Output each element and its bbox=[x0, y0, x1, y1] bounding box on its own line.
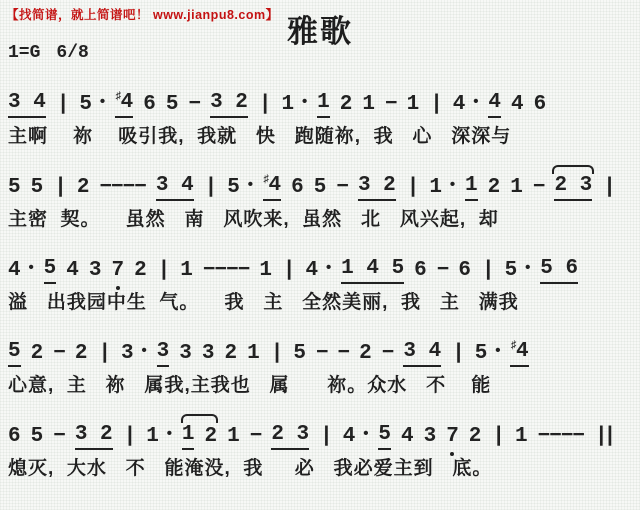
note-token: 1 bbox=[510, 177, 523, 201]
dash-token: − bbox=[336, 177, 348, 201]
duration-dot: • bbox=[98, 95, 107, 118]
note-token: 2 bbox=[359, 343, 372, 367]
note-token: 2 bbox=[225, 343, 238, 367]
barline: | bbox=[124, 426, 137, 450]
notation-row: 65−3 2|1•121−2 3|4•54372|1−−−−|| bbox=[8, 414, 636, 450]
barline: | bbox=[57, 94, 70, 118]
barline: | bbox=[271, 343, 284, 367]
note-token: 3 bbox=[157, 341, 170, 367]
note-token: 1 bbox=[259, 260, 272, 284]
note-token: 1 bbox=[182, 424, 195, 450]
note-token: 4 bbox=[453, 94, 466, 118]
notation-row: 52−2|3•33321|5−−2−3 4|5•♯4 bbox=[8, 331, 636, 367]
note-token: 3 bbox=[202, 343, 215, 367]
dash-token: − bbox=[437, 260, 449, 284]
barline: | bbox=[320, 426, 333, 450]
dash-token: − bbox=[316, 343, 328, 367]
dash-token: −−−− bbox=[99, 177, 145, 201]
note-token: 1 bbox=[227, 426, 240, 450]
note-token: 4 bbox=[8, 260, 21, 284]
dash-token: − bbox=[53, 343, 65, 367]
lyrics-row: 溢 出我园中生 气。 我 主 全然美丽, 我 主 满我 bbox=[8, 287, 636, 314]
duration-dot: • bbox=[300, 95, 309, 118]
note-token: 2 bbox=[31, 343, 44, 367]
note-token: 5 bbox=[8, 177, 21, 201]
note-token: 7 bbox=[446, 426, 459, 450]
score-line-5: 65−3 2|1•121−2 3|4•54372|1−−−−||熄灭, 大水 不… bbox=[8, 414, 636, 480]
note-token: 3 4 bbox=[403, 341, 441, 367]
note-token: 3 bbox=[179, 343, 192, 367]
slur-arc bbox=[181, 414, 218, 423]
duration-dot: • bbox=[361, 427, 370, 450]
key-signature: 1=G bbox=[8, 43, 40, 63]
note-token: 4 bbox=[343, 426, 356, 450]
note-token: 3 2 bbox=[75, 424, 113, 450]
dash-token: − bbox=[250, 426, 262, 450]
note-token: 1 bbox=[429, 177, 442, 201]
note-token: 2 3 bbox=[554, 175, 592, 201]
barline: | bbox=[283, 260, 296, 284]
note-token: 5 bbox=[314, 177, 327, 201]
note-token: 6 bbox=[414, 260, 427, 284]
barline: | bbox=[430, 94, 443, 118]
duration-dot: • bbox=[448, 178, 457, 201]
note-token: 7 bbox=[111, 260, 124, 284]
duration-dot: • bbox=[493, 344, 502, 367]
note-token: 6 bbox=[8, 426, 21, 450]
note-token: 6 bbox=[291, 177, 304, 201]
duration-dot: • bbox=[246, 178, 255, 201]
note-token: 3 4 bbox=[8, 92, 46, 118]
note-token: 1 bbox=[146, 426, 159, 450]
score-area: 3 4|5•♯465−3 2|1•121−1|4•446主啊 祢 吸引我, 我就… bbox=[8, 82, 636, 497]
dash-token: − bbox=[385, 94, 397, 118]
note-token: 4 bbox=[401, 426, 414, 450]
note-token: 2 bbox=[134, 260, 147, 284]
note-token: 2 bbox=[77, 177, 90, 201]
note-token: 4 bbox=[488, 92, 501, 118]
lyrics-row: 主密 契。 虽然 南 风吹来, 虽然 北 风兴起, 却 bbox=[8, 204, 636, 231]
note-token: 3 2 bbox=[210, 92, 248, 118]
score-line-2: 55|2−−−−3 4|5•♯465−3 2|1•121−2 3|主密 契。 虽… bbox=[8, 165, 636, 231]
note-token: 1 bbox=[407, 94, 420, 118]
barline: | bbox=[54, 177, 67, 201]
note-token: 1 bbox=[465, 175, 478, 201]
note-token: 5 bbox=[79, 94, 92, 118]
sharp-icon: ♯ bbox=[510, 340, 517, 352]
note-token: 1 bbox=[515, 426, 528, 450]
duration-dot: • bbox=[27, 261, 36, 284]
barline: || bbox=[595, 426, 616, 450]
duration-dot: • bbox=[165, 427, 174, 450]
note-token: 2 bbox=[340, 94, 353, 118]
barline: | bbox=[603, 177, 616, 201]
lyrics-row: 熄灭, 大水 不 能淹没, 我 必 我必爱主到 底。 bbox=[8, 453, 636, 480]
notation-row: 55|2−−−−3 4|5•♯465−3 2|1•121−2 3| bbox=[8, 165, 636, 201]
dash-token: − bbox=[53, 426, 65, 450]
note-token: 5 bbox=[166, 94, 179, 118]
notation-row: 4•54372|1−−−−1|4•1 4 56−6|5•5 6 bbox=[8, 248, 636, 284]
dash-token: − bbox=[382, 343, 394, 367]
duration-dot: • bbox=[324, 261, 333, 284]
note-token: 1 bbox=[282, 94, 295, 118]
note-token: 3 4 bbox=[156, 175, 194, 201]
dash-token: − bbox=[533, 177, 545, 201]
note-token: 6 bbox=[534, 94, 547, 118]
barline: | bbox=[205, 177, 218, 201]
barline: | bbox=[259, 94, 272, 118]
barline: | bbox=[407, 177, 420, 201]
note-token: 3 bbox=[424, 426, 437, 450]
barline: | bbox=[98, 343, 111, 367]
note-token: 5 bbox=[293, 343, 306, 367]
note-token: 5 bbox=[31, 426, 44, 450]
note-token: 5 bbox=[378, 424, 391, 450]
note-token: ♯4 bbox=[263, 175, 281, 201]
score-line-4: 52−2|3•33321|5−−2−3 4|5•♯4心意, 主 祢 属我,主我也… bbox=[8, 331, 636, 397]
note-token: 5 bbox=[475, 343, 488, 367]
note-token: 2 bbox=[469, 426, 482, 450]
lyrics-row: 心意, 主 祢 属我,主我也 属 祢。众水 不 能 bbox=[8, 370, 636, 397]
note-token: 4 bbox=[66, 260, 79, 284]
sharp-icon: ♯ bbox=[115, 91, 122, 103]
barline: | bbox=[452, 343, 465, 367]
note-token: 3 bbox=[89, 260, 102, 284]
note-token: 5 bbox=[505, 260, 518, 284]
note-token: 1 bbox=[180, 260, 193, 284]
note-token: 1 bbox=[317, 92, 330, 118]
dash-token: −−−− bbox=[538, 426, 584, 450]
note-token: ♯4 bbox=[115, 92, 133, 118]
low-octave-dot bbox=[116, 286, 120, 290]
note-token: 2 bbox=[204, 426, 217, 450]
note-token: 5 bbox=[31, 177, 44, 201]
dash-token: − bbox=[338, 343, 350, 367]
lyrics-row: 主啊 祢 吸引我, 我就 快 跑随祢, 我 心 深深与 bbox=[8, 121, 636, 148]
note-token: 1 bbox=[362, 94, 375, 118]
dash-token: − bbox=[188, 94, 200, 118]
note-token: 1 bbox=[247, 343, 260, 367]
duration-dot: • bbox=[140, 344, 149, 367]
note-token: 2 bbox=[75, 343, 88, 367]
note-token: 5 bbox=[44, 258, 57, 284]
notation-row: 3 4|5•♯465−3 2|1•121−1|4•446 bbox=[8, 82, 636, 118]
note-token: 5 bbox=[227, 177, 240, 201]
note-token: 3 2 bbox=[358, 175, 396, 201]
note-token: 5 bbox=[8, 341, 21, 367]
note-token: ♯4 bbox=[510, 341, 528, 367]
duration-dot: • bbox=[471, 95, 480, 118]
time-signature: 6/8 bbox=[56, 43, 88, 63]
score-line-3: 4•54372|1−−−−1|4•1 4 56−6|5•5 6溢 出我园中生 气… bbox=[8, 248, 636, 314]
key-time-signature: 1=G6/8 bbox=[8, 43, 105, 63]
barline: | bbox=[158, 260, 171, 284]
duration-dot: • bbox=[523, 261, 532, 284]
sharp-icon: ♯ bbox=[263, 174, 270, 186]
note-token: 5 6 bbox=[540, 258, 578, 284]
note-token: 2 bbox=[488, 177, 501, 201]
slur-arc bbox=[552, 165, 594, 174]
barline: | bbox=[482, 260, 495, 284]
note-token: 1 4 5 bbox=[341, 258, 404, 284]
note-token: 3 bbox=[121, 343, 134, 367]
note-token: 2 3 bbox=[271, 424, 309, 450]
note-token: 4 bbox=[511, 94, 524, 118]
barline: | bbox=[492, 426, 505, 450]
note-token: 4 bbox=[306, 260, 319, 284]
score-line-1: 3 4|5•♯465−3 2|1•121−1|4•446主啊 祢 吸引我, 我就… bbox=[8, 82, 636, 148]
note-token: 6 bbox=[143, 94, 156, 118]
low-octave-dot bbox=[450, 452, 454, 456]
note-token: 6 bbox=[458, 260, 471, 284]
dash-token: −−−− bbox=[203, 260, 249, 284]
